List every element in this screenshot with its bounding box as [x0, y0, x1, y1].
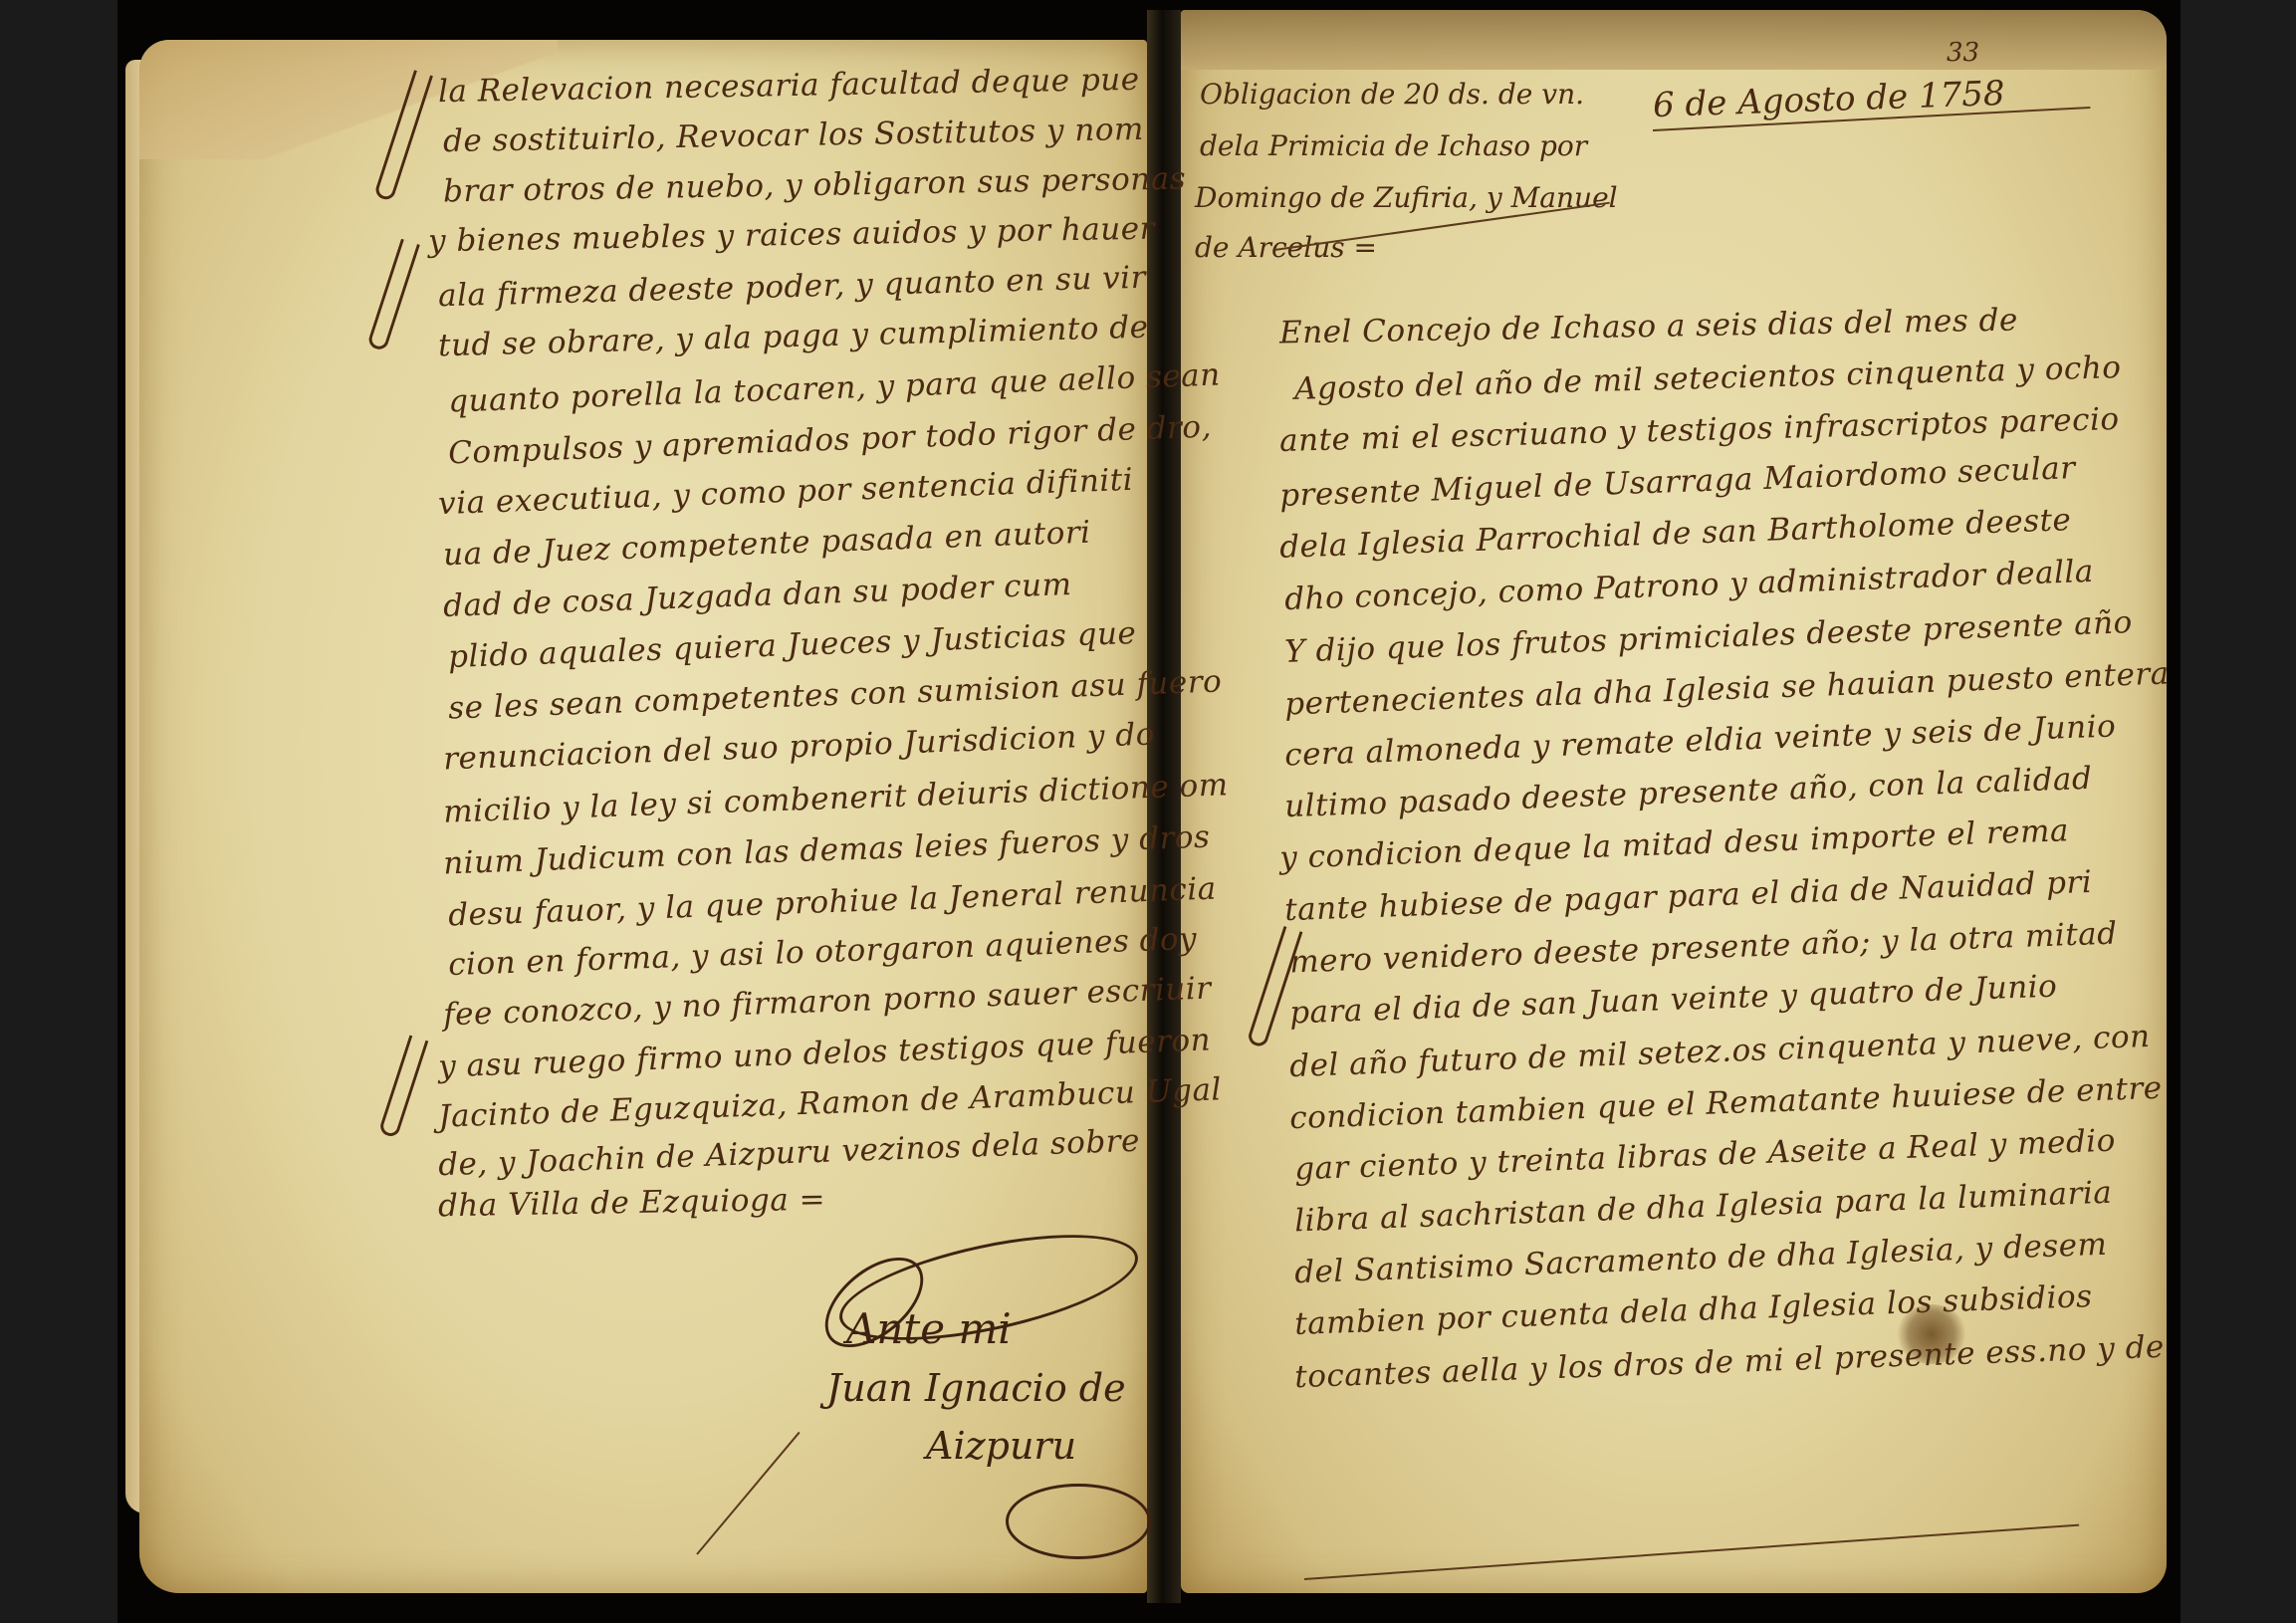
signature-line: Juan Ignacio de	[826, 1366, 1126, 1410]
book-gutter	[1147, 10, 1181, 1603]
signature-flourish-icon	[1006, 1484, 1151, 1559]
manuscript-line: dha Villa de Ezquioga =	[438, 1182, 826, 1225]
signature-line: Ante mi	[846, 1304, 1012, 1353]
margin-note-line: dela Primicia de Ichaso por	[1200, 129, 1587, 162]
folio-number: 33	[1947, 38, 1979, 68]
right-page-top-stain	[1181, 10, 2167, 70]
margin-note-line: Obligacion de 20 ds. de vn.	[1200, 78, 1584, 111]
signature-line: Aizpuru	[926, 1424, 1076, 1468]
